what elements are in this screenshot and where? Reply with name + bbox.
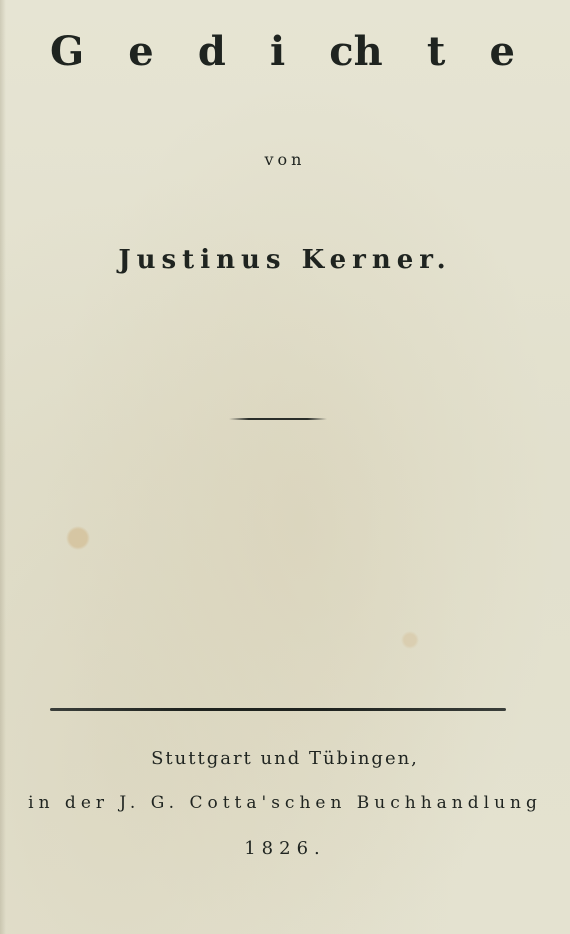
author-name: Justinus Kerner. [0,245,570,275]
title-letter: e [128,28,153,75]
title-letter: i [270,28,285,75]
title-letter: e [489,28,514,75]
imprint-year: 1826. [0,838,570,859]
imprint-place: Stuttgart und Tübingen, [0,748,570,769]
ornamental-rule-long [50,708,506,711]
ornamental-rule-short [229,418,327,420]
title-letter: d [198,28,226,75]
book-title: G e d i ch t e [0,28,570,75]
imprint-publisher: in der J. G. Cotta'schen Buchhandlung [0,793,570,813]
title-letter: t [427,28,445,75]
title-page: G e d i ch t e von Justinus Kerner. Stut… [0,0,570,934]
title-letter: ch [329,28,382,75]
title-letter: G [50,28,84,75]
by-line: von [0,150,570,169]
